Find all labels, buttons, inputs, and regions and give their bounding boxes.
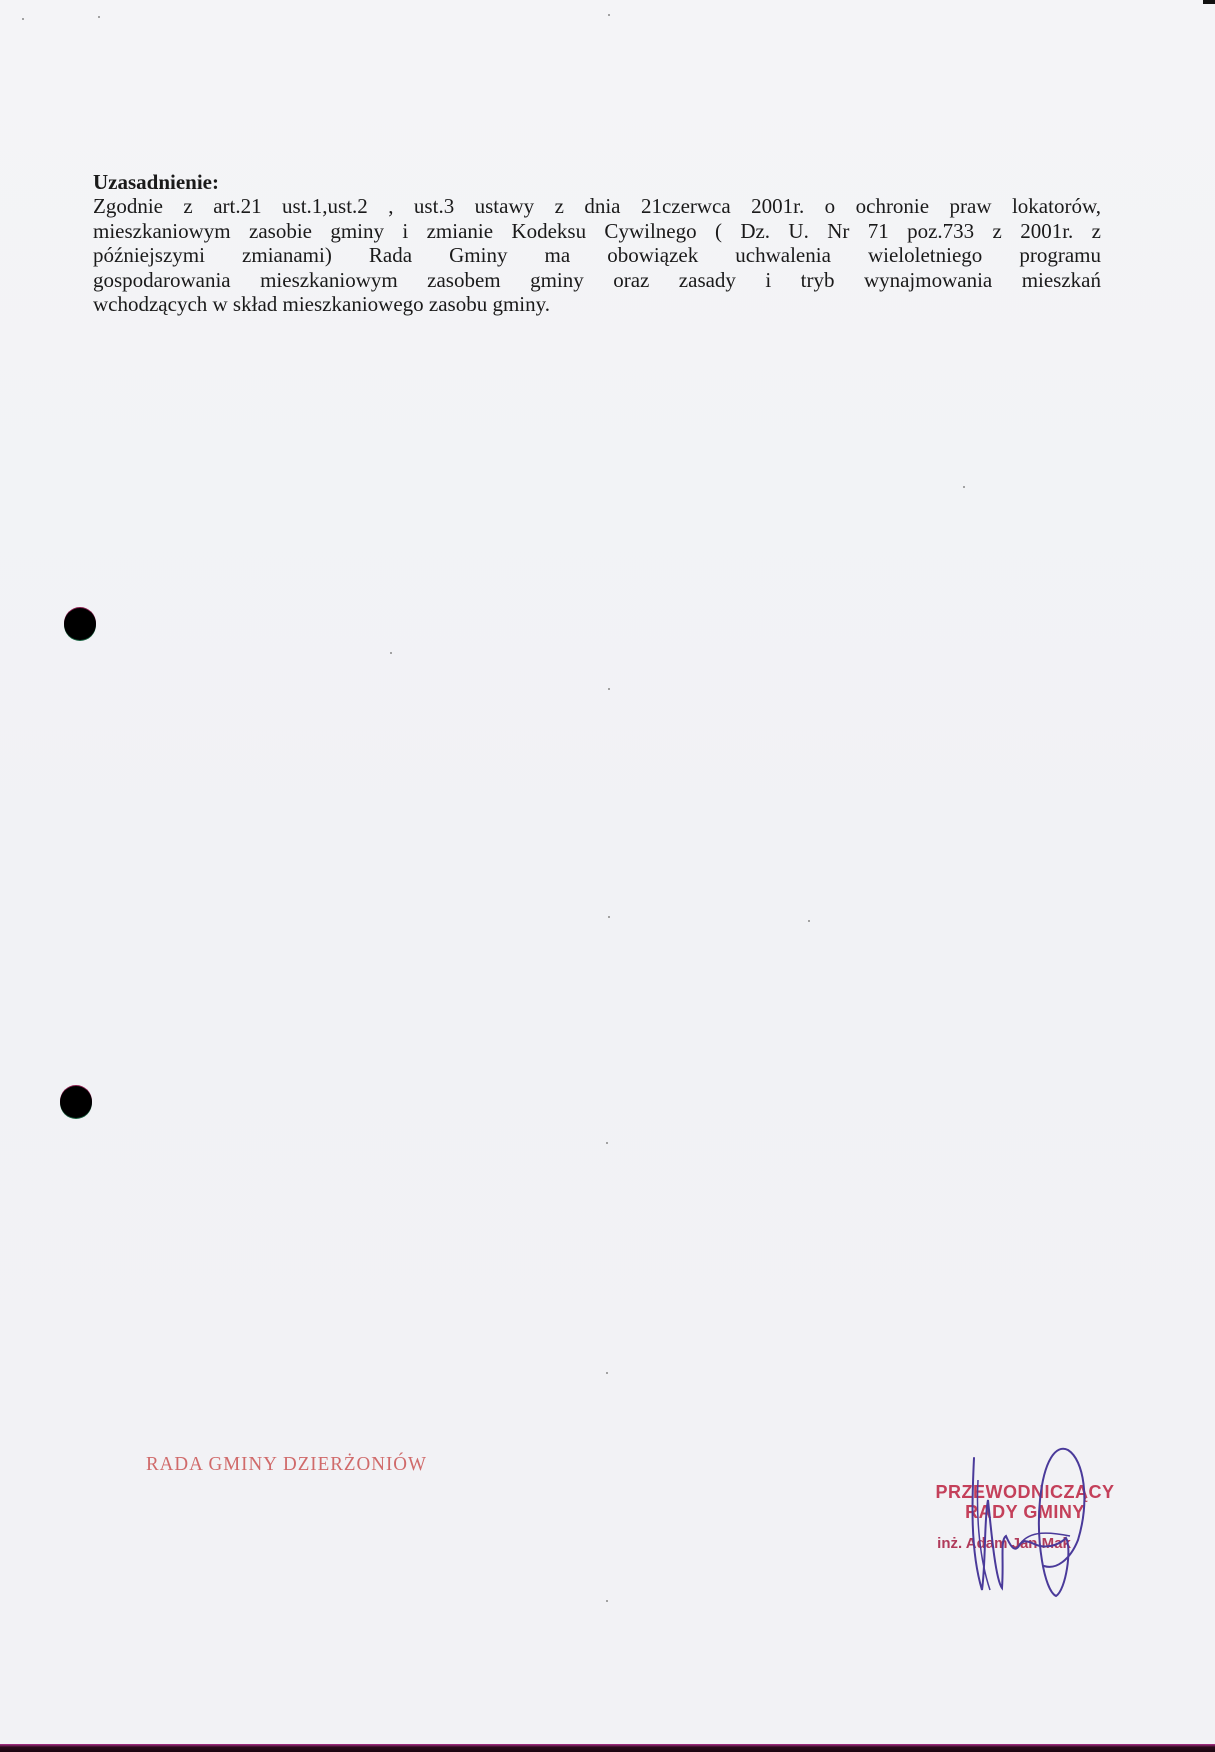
document-page: Uzasadnienie: Zgodnie z art.21 ust.1,ust…	[0, 0, 1215, 1746]
scan-speck	[390, 652, 392, 654]
paragraph-line: Zgodnie z art.21 ust.1,ust.2 , ust.3 ust…	[93, 194, 1101, 219]
scan-speck	[808, 920, 810, 922]
paragraph-line: mieszkaniowym zasobie gminy i zmianie Ko…	[93, 219, 1101, 244]
paragraph-line: wchodzących w skład mieszkaniowego zasob…	[93, 292, 1101, 317]
paragraph-line: gospodarowania mieszkaniowym zasobem gmi…	[93, 268, 1101, 293]
punch-hole-icon	[64, 608, 96, 640]
council-stamp: RADA GMINY DZIERŻONIÓW	[146, 1453, 427, 1476]
scan-speck	[98, 16, 100, 18]
scan-speck	[608, 14, 610, 16]
scan-bottom-edge	[0, 1744, 1215, 1752]
punch-hole-icon	[60, 1086, 92, 1118]
scan-speck	[606, 1142, 608, 1144]
justification-paragraph: Zgodnie z art.21 ust.1,ust.2 , ust.3 ust…	[93, 194, 1101, 317]
signature-icon	[960, 1440, 1100, 1600]
paragraph-line: późniejszymi zmianami) Rada Gminy ma obo…	[93, 243, 1101, 268]
section-heading: Uzasadnienie:	[93, 170, 219, 194]
scan-speck	[606, 1372, 608, 1374]
scan-speck	[963, 486, 965, 488]
scan-speck	[608, 688, 610, 690]
scan-speck	[22, 18, 24, 20]
scan-speck	[608, 916, 610, 918]
scan-edge	[1203, 0, 1215, 4]
scan-speck	[606, 1600, 608, 1602]
